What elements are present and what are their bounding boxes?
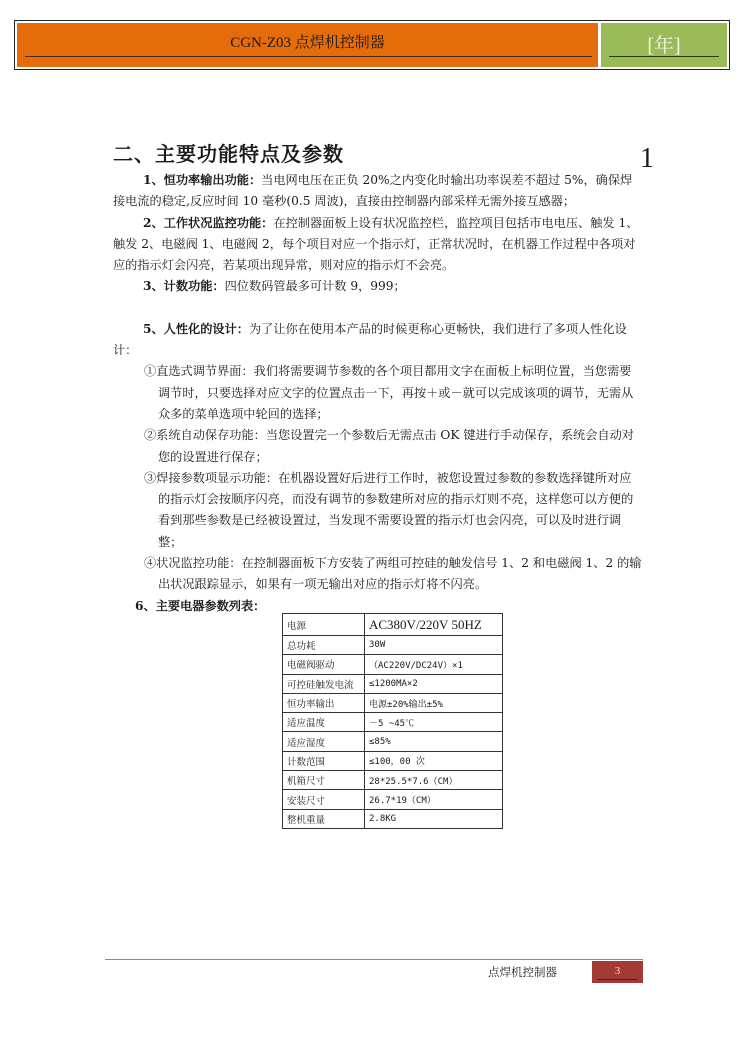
- spec-value: ≤100，00 次: [365, 751, 503, 770]
- table-row: 适应温度－5 ~45℃: [283, 713, 503, 732]
- spec-value: －5 ~45℃: [365, 713, 503, 732]
- spec-key: 适应湿度: [283, 732, 365, 751]
- page-number-underline: [597, 979, 638, 980]
- spec-key: 总功耗: [283, 636, 365, 655]
- spec-key: 计数范围: [283, 751, 365, 770]
- spec-value: 26.7*19（CM）: [365, 790, 503, 809]
- header-title-underline: [25, 56, 592, 57]
- table-row: 电磁阀驱动（AC220V/DC24V）×1: [283, 655, 503, 674]
- footer-title: 点焊机控制器: [488, 964, 557, 980]
- spec-value: AC380V/220V 50HZ: [365, 614, 503, 636]
- feature-5: 5、人性化的设计：为了让你在使用本产品的时候更称心更畅快，我们进行了多项人性化设…: [113, 319, 643, 362]
- table-row: 电源AC380V/220V 50HZ: [283, 614, 503, 636]
- feature-1: 1、恒功率输出功能：当电网电压在正负 20%之内变化时输出功率误差不超过 5%，…: [113, 170, 643, 213]
- table-row: 适应湿度≤85%: [283, 732, 503, 751]
- page-number: 3: [592, 961, 643, 983]
- header-year: [年]: [601, 29, 727, 58]
- table-row: 安装尺寸26.7*19（CM）: [283, 790, 503, 809]
- design-item-1: ①直选式调节界面：我们将需要调节参数的各个项目都用文字在面板上标明位置，当您需要…: [113, 361, 643, 425]
- spec-key: 安装尺寸: [283, 790, 365, 809]
- feature-3: 3、计数功能：四位数码管最多可计数 9，999；: [113, 276, 643, 297]
- spec-key: 适应温度: [283, 713, 365, 732]
- header-year-underline: [609, 56, 719, 57]
- table-row: 计数范围≤100，00 次: [283, 751, 503, 770]
- design-item-4: ④状况监控功能：在控制器面板下方安装了两组可控硅的触发信号 1、2 和电磁阀 1…: [113, 553, 643, 596]
- spec-value: ≤1200MA×2: [365, 674, 503, 693]
- spec-key: 电磁阀驱动: [283, 655, 365, 674]
- header-year-box: [年]: [601, 23, 727, 67]
- spec-key: 可控硅触发电流: [283, 674, 365, 693]
- page-header: CGN-Z03 点焊机控制器 [年]: [14, 20, 730, 70]
- spec-key: 整机重量: [283, 809, 365, 828]
- spec-value: 30W: [365, 636, 503, 655]
- body-text: 1、恒功率输出功能：当电网电压在正负 20%之内变化时输出功率误差不超过 5%，…: [113, 170, 643, 617]
- spec-key: 电源: [283, 614, 365, 636]
- design-item-2: ②系统自动保存功能：当您设置完一个参数后无需点击 OK 键进行手动保存，系统会自…: [113, 425, 643, 468]
- spec-key: 恒功率输出: [283, 693, 365, 712]
- footer-divider: [105, 959, 643, 960]
- spec-value: ≤85%: [365, 732, 503, 751]
- table-row: 可控硅触发电流≤1200MA×2: [283, 674, 503, 693]
- table-row: 恒功率输出电源±20%输出±5%: [283, 693, 503, 712]
- header-title-box: CGN-Z03 点焊机控制器: [17, 23, 598, 67]
- section-title: 二、主要功能特点及参数: [113, 138, 344, 167]
- table-row: 总功耗30W: [283, 636, 503, 655]
- spec-value: 电源±20%输出±5%: [365, 693, 503, 712]
- table-row: 机箱尺寸28*25.5*7.6（CM）: [283, 771, 503, 790]
- spec-table: 电源AC380V/220V 50HZ总功耗30W电磁阀驱动（AC220V/DC2…: [282, 613, 503, 829]
- spec-value: 2.8KG: [365, 809, 503, 828]
- spec-key: 机箱尺寸: [283, 771, 365, 790]
- table-row: 整机重量2.8KG: [283, 809, 503, 828]
- design-item-3: ③焊接参数项显示功能：在机器设置好后进行工作时，被您设置过参数的参数选择键所对应…: [113, 468, 643, 553]
- feature-2: 2、工作状况监控功能：在控制器面板上设有状况监控栏，监控项目包括市电电压、触发 …: [113, 213, 643, 277]
- spec-value: 28*25.5*7.6（CM）: [365, 771, 503, 790]
- header-title: CGN-Z03 点焊机控制器: [17, 31, 598, 52]
- spec-value: （AC220V/DC24V）×1: [365, 655, 503, 674]
